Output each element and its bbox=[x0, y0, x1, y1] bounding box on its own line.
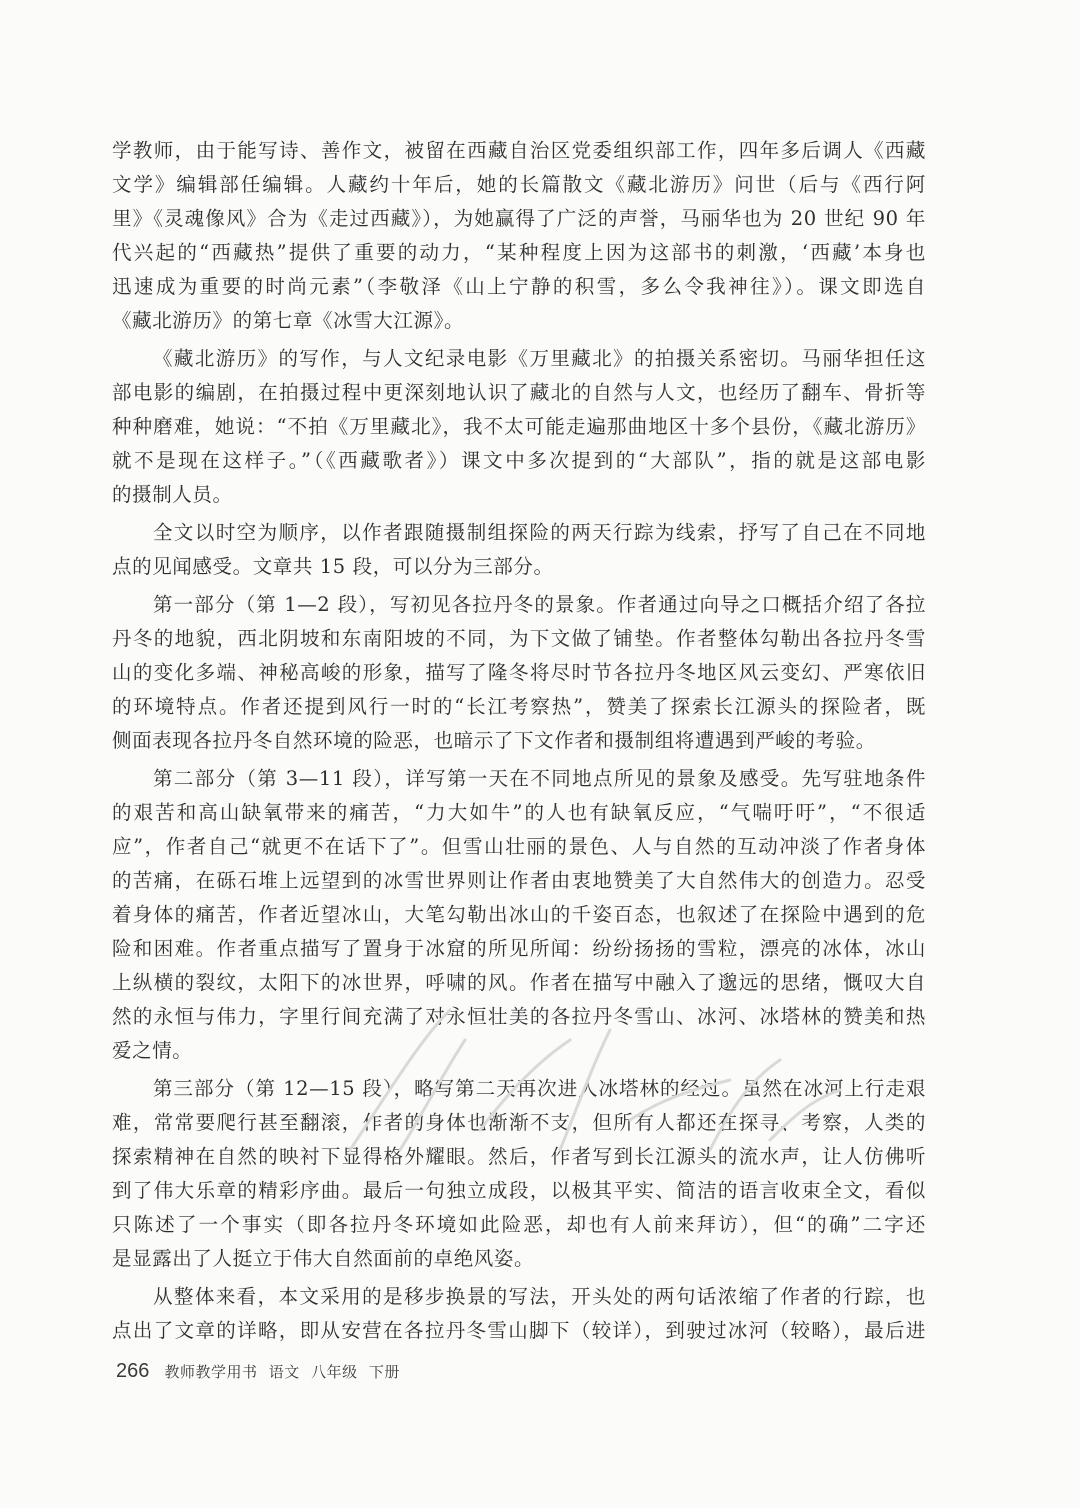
text-line: 到了伟大乐章的精彩序曲。最后一句独立成段，以极其平实、简洁的语言收束全文，看似 bbox=[112, 1174, 926, 1208]
text-line: 上纵横的裂纹，太阳下的冰世界，呼啸的风。作者在描写中融入了邈远的思绪，慨叹大自 bbox=[112, 966, 926, 1000]
paragraph: 从整体来看，本文采用的是移步换景的写法，开头处的两句话浓缩了作者的行踪，也点出了… bbox=[112, 1280, 926, 1348]
book-title: 教师教学用书 语文 八年级 下册 bbox=[164, 1363, 405, 1381]
text-line: 丹冬的地貌，西北阴坡和东南阳坡的不同，为下文做了铺垫。作者整体勾勒出各拉丹冬雪 bbox=[112, 622, 926, 656]
book-title-part: 语文 bbox=[269, 1363, 300, 1381]
text-line: 难，常常要爬行甚至翻滚，作者的身体也渐渐不支，但所有人都还在探寻、考察，人类的 bbox=[112, 1106, 926, 1140]
text-line: 从整体来看，本文采用的是移步换景的写法，开头处的两句话浓缩了作者的行踪，也 bbox=[112, 1280, 926, 1314]
text-line: 探索精神在自然的映衬下显得格外耀眼。然后，作者写到长江源头的流水声，让人仿佛听 bbox=[112, 1140, 926, 1174]
book-title-part: 八年级 bbox=[311, 1363, 358, 1381]
text-line: 部电影的编剧，在拍摄过程中更深刻地认识了藏北的自然与人文，也经历了翻车、骨折等 bbox=[112, 376, 926, 410]
text-line: 侧面表现各拉丹冬自然环境的险恶，也暗示了下文作者和摄制组将遭遇到严峻的考验。 bbox=[112, 724, 926, 758]
paragraph: 《藏北游历》的写作，与人文纪录电影《万里藏北》的拍摄关系密切。马丽华担任这部电影… bbox=[112, 342, 926, 512]
book-title-part: 下册 bbox=[369, 1363, 400, 1381]
text-line: 的苦痛，在砾石堆上远望到的冰雪世界则让作者由衷地赞美了大自然伟大的创造力。忍受 bbox=[112, 864, 926, 898]
book-title-part: 教师教学用书 bbox=[164, 1363, 257, 1381]
text-line: 然的永恒与伟力，字里行间充满了对永恒壮美的各拉丹冬雪山、冰河、冰塔林的赞美和热 bbox=[112, 1000, 926, 1034]
body-text: 学教师，由于能写诗、善作文，被留在西藏自治区党委组织部工作，四年多后调人《西藏文… bbox=[112, 134, 926, 1352]
text-line: 学教师，由于能写诗、善作文，被留在西藏自治区党委组织部工作，四年多后调人《西藏 bbox=[112, 134, 926, 168]
text-line: 种种磨难，她说：“不拍《万里藏北》，我不太可能走遍那曲地区十多个县份，《藏北游历… bbox=[112, 410, 926, 444]
paragraph: 第三部分（第 12—15 段），略写第二天再次进人冰塔林的经过。虽然在冰河上行走… bbox=[112, 1072, 926, 1276]
page-number: 266 bbox=[116, 1360, 149, 1382]
text-line: 的环境特点。作者还提到风行一时的“长江考察热”，赞美了探索长江源头的探险者，既 bbox=[112, 690, 926, 724]
text-line: 第三部分（第 12—15 段），略写第二天再次进人冰塔林的经过。虽然在冰河上行走… bbox=[112, 1072, 926, 1106]
text-line: 应”，作者自己“就更不在话下了”。但雪山壮丽的景色、人与自然的互动冲淡了作者身体 bbox=[112, 830, 926, 864]
text-line: 点出了文章的详略，即从安营在各拉丹冬雪山脚下（较详），到驶过冰河（较略），最后进 bbox=[112, 1314, 926, 1348]
text-line: 第一部分（第 1—2 段），写初见各拉丹冬的景象。作者通过向导之口概括介绍了各拉 bbox=[112, 588, 926, 622]
text-line: 迅速成为重要的时尚元素”（李敬泽《山上宁静的积雪，多么令我神往》）。课文即选自 bbox=[112, 270, 926, 304]
text-line: 代兴起的“西藏热”提供了重要的动力，“某种程度上因为这部书的刺激，‘西藏’本身也 bbox=[112, 236, 926, 270]
text-line: 《藏北游历》的第七章《冰雪大江源》。 bbox=[112, 304, 926, 338]
text-line: 只陈述了一个事实（即各拉丹冬环境如此险恶，却也有人前来拜访），但“的确”二字还 bbox=[112, 1208, 926, 1242]
paragraph: 第二部分（第 3—11 段），详写第一天在不同地点所见的景象及感受。先写驻地条件… bbox=[112, 762, 926, 1068]
page-footer: 266 教师教学用书 语文 八年级 下册 bbox=[116, 1356, 406, 1386]
text-line: 就不是现在这样子。”（《西藏歌者》）课文中多次提到的“大部队”，指的就是这部电影 bbox=[112, 444, 926, 478]
paragraph: 学教师，由于能写诗、善作文，被留在西藏自治区党委组织部工作，四年多后调人《西藏文… bbox=[112, 134, 926, 338]
text-line: 险和困难。作者重点描写了置身于冰窟的所见所闻：纷纷扬扬的雪粒，漂亮的冰体，冰山 bbox=[112, 932, 926, 966]
text-line: 着身体的痛苦，作者近望冰山，大笔勾勒出冰山的千姿百态，也叙述了在探险中遇到的危 bbox=[112, 898, 926, 932]
text-line: 的艰苦和高山缺氧带来的痛苦，“力大如牛”的人也有缺氧反应，“气喘吁吁”，“不很适 bbox=[112, 796, 926, 830]
text-line: 文学》编辑部任编辑。人藏约十年后，她的长篇散文《藏北游历》问世（后与《西行阿 bbox=[112, 168, 926, 202]
text-line: 《藏北游历》的写作，与人文纪录电影《万里藏北》的拍摄关系密切。马丽华担任这 bbox=[112, 342, 926, 376]
text-line: 第二部分（第 3—11 段），详写第一天在不同地点所见的景象及感受。先写驻地条件 bbox=[112, 762, 926, 796]
paragraph: 全文以时空为顺序，以作者跟随摄制组探险的两天行踪为线索，抒写了自己在不同地点的见… bbox=[112, 516, 926, 584]
document-page: 学教师，由于能写诗、善作文，被留在西藏自治区党委组织部工作，四年多后调人《西藏文… bbox=[0, 0, 1080, 1508]
paragraph: 第一部分（第 1—2 段），写初见各拉丹冬的景象。作者通过向导之口概括介绍了各拉… bbox=[112, 588, 926, 758]
text-line: 山的变化多端、神秘高峻的形象，描写了隆冬将尽时节各拉丹冬地区风云变幻、严寒依旧 bbox=[112, 656, 926, 690]
text-line: 点的见闻感受。文章共 15 段，可以分为三部分。 bbox=[112, 550, 926, 584]
text-line: 里》《灵魂像风》合为《走过西藏》），为她赢得了广泛的声誉，马丽华也为 20 世纪… bbox=[112, 202, 926, 236]
text-line: 的摄制人员。 bbox=[112, 478, 926, 512]
text-line: 爱之情。 bbox=[112, 1034, 926, 1068]
text-line: 是显露出了人挺立于伟大自然面前的卓绝风姿。 bbox=[112, 1242, 926, 1276]
text-line: 全文以时空为顺序，以作者跟随摄制组探险的两天行踪为线索，抒写了自己在不同地 bbox=[112, 516, 926, 550]
